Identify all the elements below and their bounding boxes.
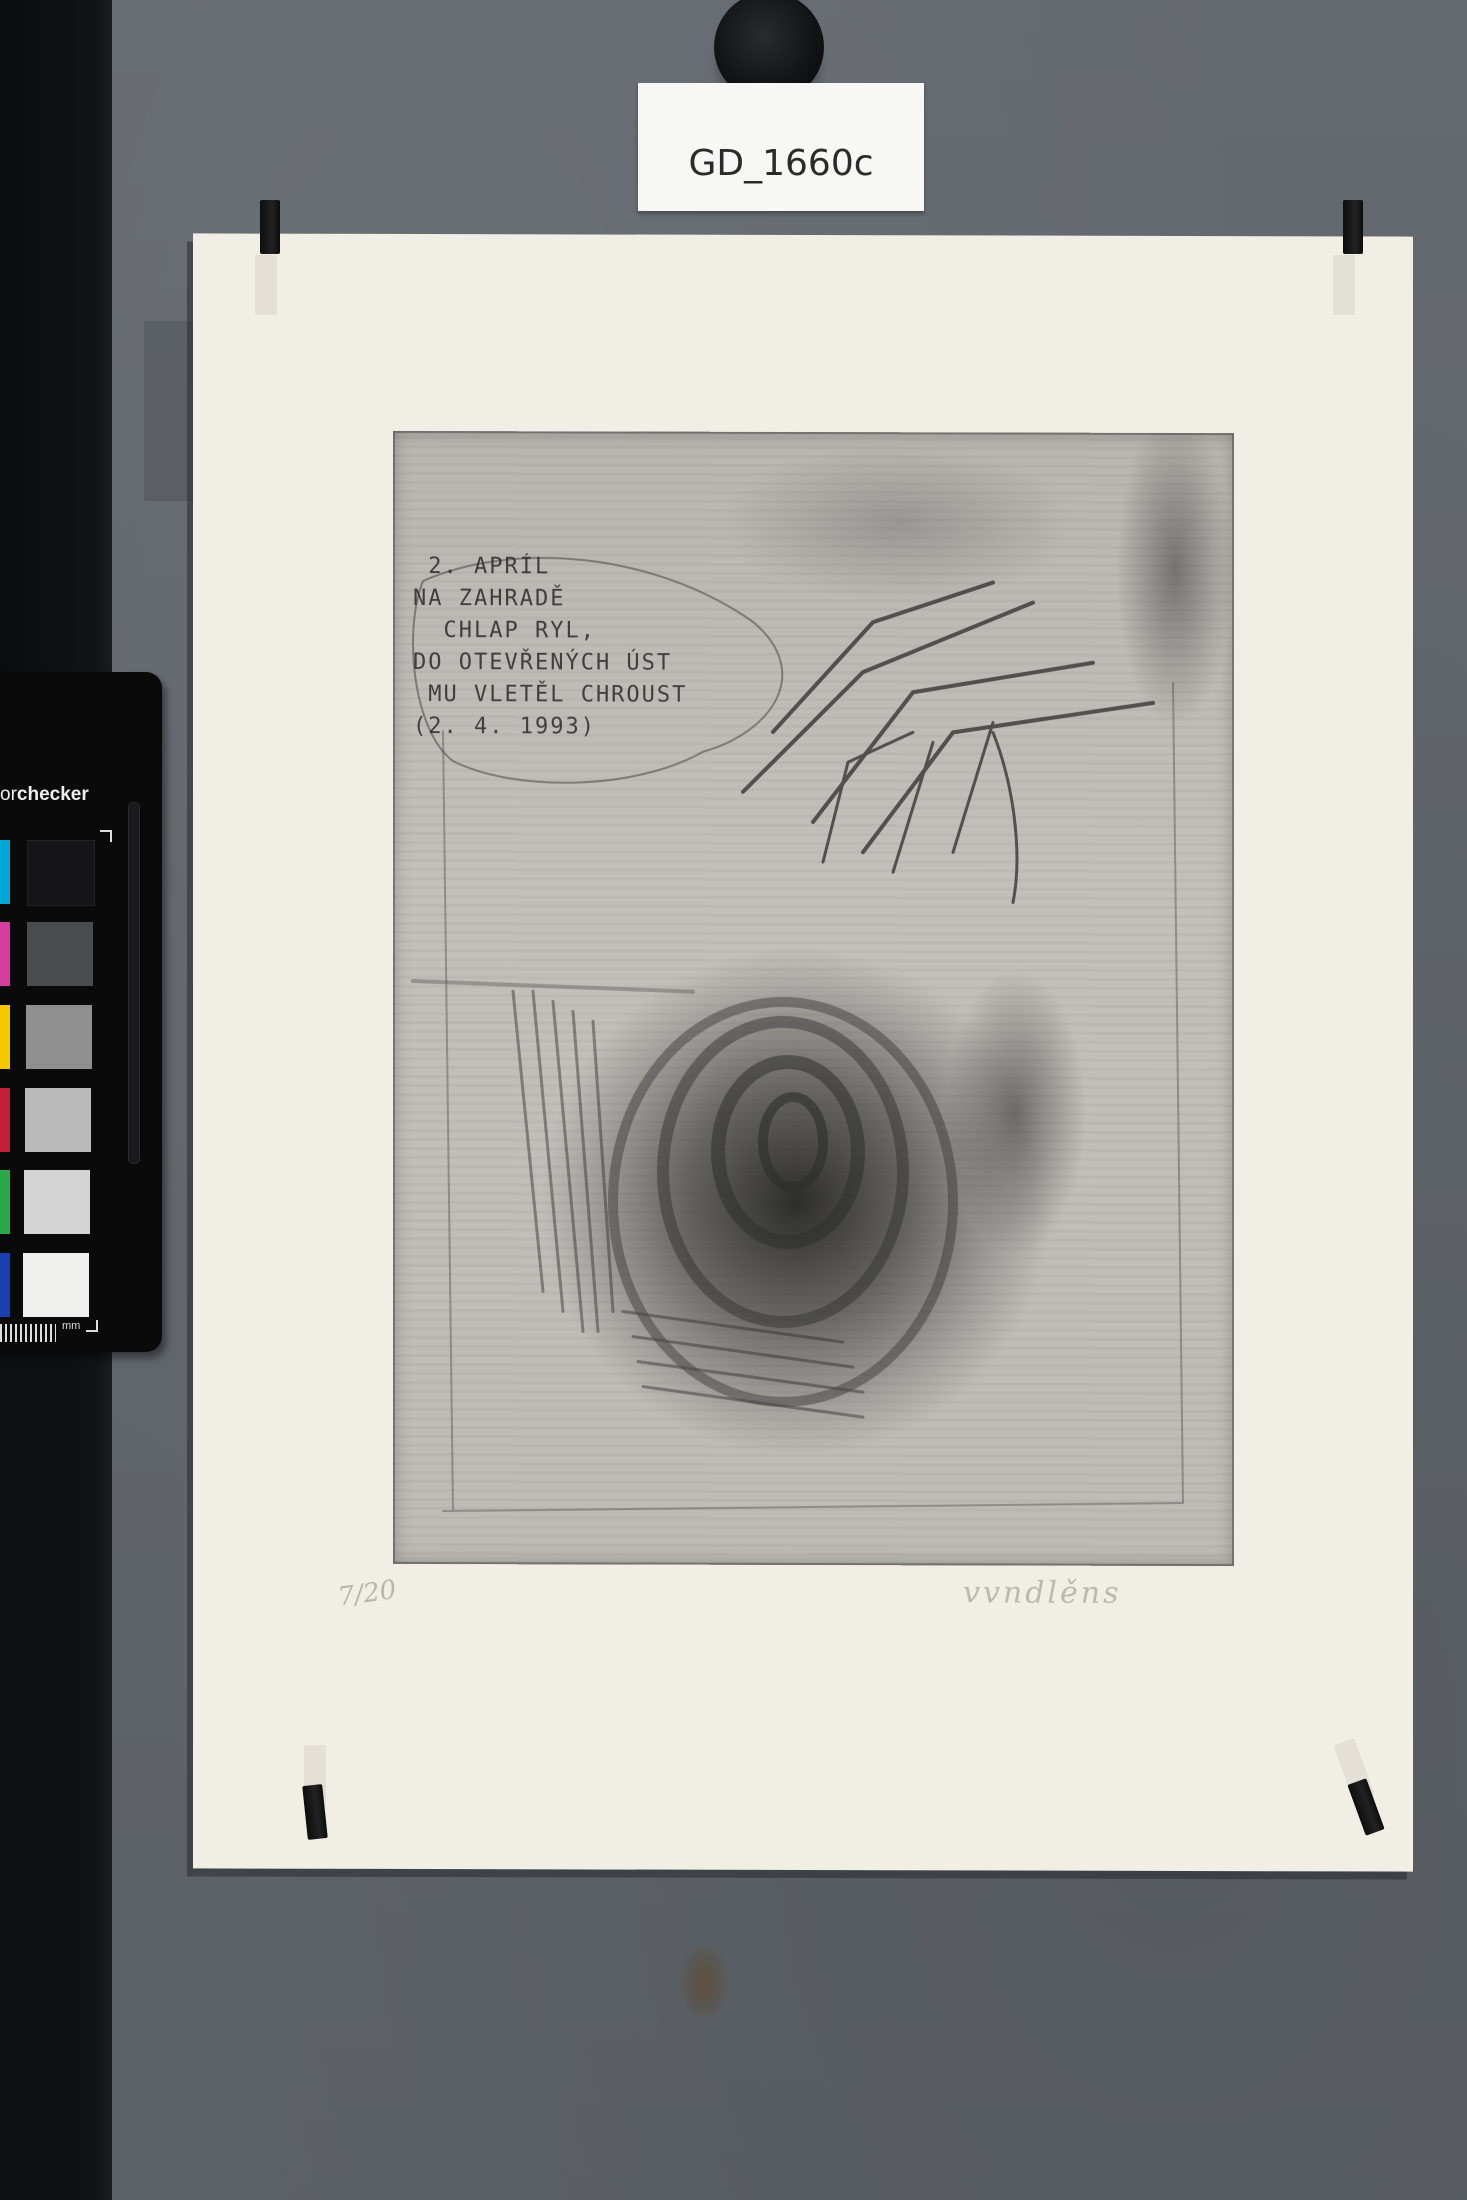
print-paper-sheet: 2. APRÍL NA ZAHRADĚ CHLAP RYL, DO OTEVŘE… (193, 233, 1413, 1871)
patch-blue (0, 1253, 10, 1317)
color-checker-card: orchecker mm (0, 672, 162, 1352)
patch-dark-gray (27, 922, 93, 986)
patch-yellow (0, 1005, 10, 1069)
patch-cyan (0, 840, 10, 904)
color-checker-brand: orchecker (0, 784, 89, 806)
etched-inscription: 2. APRÍL NA ZAHRADĚ CHLAP RYL, DO OTEVŘE… (413, 551, 687, 744)
patch-black (27, 840, 95, 906)
corner-mark-top (100, 830, 112, 842)
clip-shadow-top-right (1333, 255, 1355, 315)
ruler-unit-label: mm (62, 1320, 80, 1332)
patch-light-gray (25, 1088, 91, 1152)
patch-green (0, 1170, 10, 1234)
magnet-clip-top-right (1343, 200, 1363, 254)
catalog-id-label: GD_1660c (638, 83, 924, 211)
board-stain (680, 1945, 728, 2020)
patch-red (0, 1088, 10, 1152)
magnet-clip-top-left (260, 200, 280, 254)
etching-plate-impression: 2. APRÍL NA ZAHRADĚ CHLAP RYL, DO OTEVŘE… (393, 431, 1234, 1566)
edition-number: 7/20 (336, 1575, 398, 1613)
catalog-id-text: GD_1660c (688, 143, 873, 184)
patch-white (23, 1253, 89, 1317)
patch-mid-gray (26, 1005, 92, 1069)
clip-shadow-top-left (255, 255, 277, 315)
checker-slot (128, 802, 140, 1164)
artist-signature: vvndlěns (963, 1575, 1122, 1610)
mm-ruler (0, 1324, 56, 1342)
patch-lighter-gray (24, 1170, 90, 1234)
corner-mark-bottom (86, 1320, 98, 1332)
patch-magenta (0, 922, 10, 986)
black-side-strip-lower (0, 1350, 78, 2200)
tape-patch (143, 320, 197, 502)
